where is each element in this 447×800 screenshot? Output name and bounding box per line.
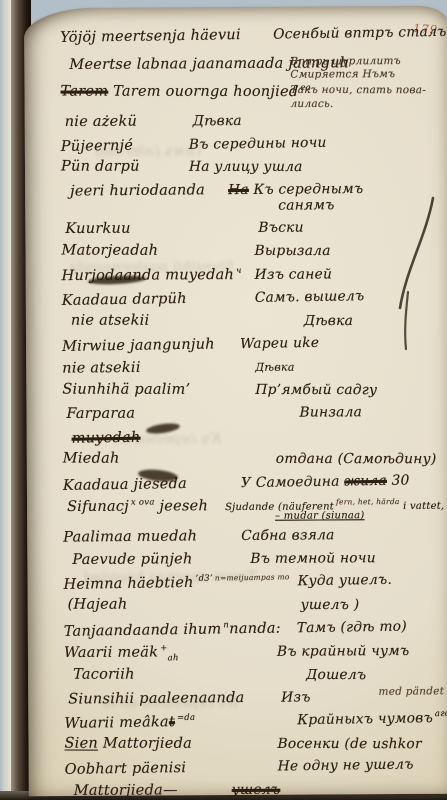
word-text: Mattorjieda— bbox=[74, 783, 178, 800]
entry-row: Tanjaandaanda ihumnnanda: Тамъ (гдѣ то) bbox=[64, 616, 447, 642]
word-text: Farparaa bbox=[66, 406, 135, 422]
swedish-annotation: med pändet bbox=[378, 684, 444, 699]
gloss-text: Куда ушелъ. bbox=[298, 572, 393, 589]
word-text: Heimna häebtieh bbox=[63, 575, 193, 593]
gloss-text: Пр’ямбый садгу bbox=[255, 382, 377, 398]
word-text: Tarem ouornga hoonjied bbox=[113, 84, 298, 100]
gloss-text: Изъ bbox=[281, 689, 311, 705]
entry-row: Matorjeadah Вырызала bbox=[61, 242, 445, 262]
entry-row: Sien Mattorjieda Восенки (de ushkor bbox=[64, 735, 447, 755]
samoyed-word: Wuarii meâkat=da bbox=[64, 711, 297, 734]
entry-row: Meertse labnaa jaanamaada jaanguh Вптрь … bbox=[60, 53, 444, 75]
entry-row: nie atsekii Дѣвка bbox=[62, 356, 446, 379]
russian-gloss: На Къ середнымъсанямъ bbox=[228, 180, 364, 216]
samoyed-word: Matorjeadah bbox=[61, 242, 254, 262]
gloss-text: Такъ ночи, спать пова- bbox=[291, 84, 427, 96]
word-text: Wuarii meâka bbox=[64, 714, 169, 732]
samoyed-word: Tanjaandaanda ihumnnanda: bbox=[64, 619, 297, 642]
word-text: Oobhart päenisi bbox=[65, 760, 187, 778]
struck-word: жила bbox=[344, 472, 387, 489]
entry-row: Tarem Tarem ouornga hoonjiedea Такъ ночи… bbox=[61, 83, 445, 103]
word-text: Kaadaua darpüh bbox=[62, 291, 187, 309]
word-text: Siunhihä paalim’ bbox=[62, 382, 190, 398]
correction-superscript: ч bbox=[236, 266, 242, 276]
samoyed-word: Sifunacjx ova jeeseh bbox=[67, 497, 225, 518]
samoyed-word: Miedah bbox=[63, 450, 276, 470]
russian-gloss: Куда ушелъ. bbox=[297, 571, 392, 591]
entry-row: Kaadaua darpüh Самъ. вышелъ bbox=[62, 286, 446, 312]
entry-row: Oobhart päenisi Не одну не ушелъ bbox=[65, 755, 447, 781]
russian-gloss: У Самоедина жила 30 bbox=[241, 471, 410, 492]
margin-note: Вптрь шурлилитъСмиряется Нъмъ bbox=[290, 54, 442, 82]
struck-word: ушелъ bbox=[232, 782, 281, 798]
russian-gloss: На улицу ушла bbox=[189, 158, 303, 177]
russian-gloss: Не одну не ушелъ bbox=[277, 756, 413, 777]
word-text: Matorjeadah bbox=[61, 243, 158, 259]
entry-row: Kaadaua jieseda У Самоедина жила 30 bbox=[63, 470, 447, 496]
word-text: nanda: bbox=[229, 620, 281, 637]
entry-row: nie atsekii Дѣвка bbox=[62, 311, 446, 331]
gloss-text: лилась. bbox=[290, 98, 442, 112]
margin-note: Такъ ночи, спать пова-лилась. bbox=[290, 84, 442, 112]
russian-gloss: Въски bbox=[258, 219, 304, 238]
russian-gloss: Вырызала bbox=[254, 242, 330, 261]
gloss-text: Винзала bbox=[299, 404, 362, 420]
entry-row: Kuurkuu Въски bbox=[61, 218, 445, 240]
samoyed-word: Tacoriih bbox=[73, 665, 306, 685]
word-text: Tacoriih bbox=[73, 666, 135, 682]
gloss-text: Дѣвка bbox=[255, 361, 295, 374]
entry-row: Miedah отдана (Самоѣдину) bbox=[63, 450, 447, 470]
samoyed-word: Siunsihii paaleenaanda bbox=[68, 689, 281, 711]
word-text: Pün darpü bbox=[61, 159, 140, 175]
word-text: Siunsihii paaleenaanda bbox=[68, 690, 244, 708]
russian-gloss: Wapeu uke bbox=[240, 334, 319, 354]
word-text: jeeseh bbox=[159, 498, 208, 514]
russian-gloss: Дѣвка bbox=[304, 312, 353, 331]
samoyed-word: Paevude pünjeh bbox=[72, 550, 250, 571]
entry-row: Waarii meäk+ah Въ крайный чумъ bbox=[64, 641, 447, 663]
russian-gloss: Пр’ямбый садгу bbox=[255, 381, 377, 400]
russian-gloss: Осенбый вптръ сталъ bbox=[273, 23, 447, 44]
samoyed-word: Oobhart päenisi bbox=[65, 758, 278, 781]
word-text: jeeri huriodaanda bbox=[70, 183, 205, 200]
samoyed-word: Siunhihä paalim’ bbox=[62, 381, 255, 401]
entry-row: muyedah bbox=[62, 424, 446, 450]
word-text: nie ażekü bbox=[65, 114, 138, 130]
samoyed-word: Farparaa bbox=[66, 404, 299, 425]
samoyed-word: Tarem Tarem ouornga hoonjiedea bbox=[61, 83, 320, 103]
gloss-text: санямъ bbox=[278, 196, 363, 215]
word-text: Sifunacj bbox=[67, 498, 129, 514]
samoyed-word: Heimna häebtieh’d3’n=meijuampas mo bbox=[63, 573, 297, 596]
gloss-text: Въ темной ночи bbox=[250, 550, 376, 567]
gloss-text: Дѣвка bbox=[193, 113, 242, 129]
word-text: (Hajeah bbox=[68, 597, 128, 613]
gloss-text: Вырызала bbox=[254, 243, 330, 259]
entry-row: Mirwiue jaangunjuh Wapeu uke bbox=[62, 332, 446, 358]
entry-row: Yöjöj meertsenja häevui Осенбый вптръ ст… bbox=[60, 23, 444, 49]
gloss-text: Крайныхъ чумовъ bbox=[297, 710, 433, 728]
samoyed-word: Sien Mattorjieda bbox=[64, 735, 277, 755]
gloss-text: отдана (Самоѣдину) bbox=[276, 451, 437, 467]
gloss-text: Въски bbox=[258, 220, 304, 236]
entry-row: (Hajeah ушелъ ) bbox=[64, 596, 447, 616]
word-text: Paevude pünjeh bbox=[72, 551, 192, 568]
entry-row: Mattorjieda— ушелъ bbox=[65, 780, 447, 800]
russian-gloss: ушелъ ) bbox=[301, 596, 360, 615]
gloss-text: Осенбый вптръ сталъ bbox=[273, 24, 447, 43]
entry-row: Püjeernjé Въ середины ночи bbox=[61, 132, 445, 158]
russian-gloss: Въ середины ночи bbox=[189, 134, 327, 155]
samoyed-word: Pün darpü bbox=[61, 158, 189, 178]
gloss-text: i vattet, bbox=[403, 500, 444, 511]
russian-gloss: Крайныхъ чумовъаго bbox=[297, 709, 447, 730]
gloss-text: ушелъ ) bbox=[301, 597, 360, 613]
underlined-word: Sien bbox=[64, 736, 98, 752]
gloss-text: На улицу ушла bbox=[189, 159, 303, 175]
russian-gloss: отдана (Самоѣдину) bbox=[276, 450, 437, 469]
russian-gloss: Восенки (de ushkor bbox=[277, 735, 421, 754]
gloss-text: Дошелъ bbox=[306, 667, 366, 683]
gloss-text: 30 bbox=[391, 472, 409, 488]
entry-row: Pün darpü На улицу ушла bbox=[61, 158, 445, 178]
russian-gloss: Изъmed pändet bbox=[281, 688, 311, 707]
gloss-text: Самъ. вышелъ bbox=[255, 288, 365, 306]
entry-row: Siunhihä paalim’ Пр’ямбый садгу bbox=[62, 381, 446, 401]
gloss-text: – mudar (siunaa) bbox=[275, 510, 447, 524]
gloss-text: Дѣвка bbox=[304, 313, 353, 329]
gloss-text: Wapeu uke bbox=[240, 335, 319, 352]
entry-row: Farparaa Винзала bbox=[62, 403, 446, 425]
word-text: Mattorjieda bbox=[103, 736, 192, 752]
samoyed-word: jeeri huriodaanda bbox=[70, 182, 228, 203]
word-text: Paalimaa muedah bbox=[63, 528, 197, 545]
samoyed-word: Kuurkuu bbox=[65, 219, 258, 240]
gloss-text: Изъ саней bbox=[255, 266, 333, 282]
entry-row: Heimna häebtieh’d3’n=meijuampas mo Куда … bbox=[63, 570, 447, 596]
correction-superscript: ’d3’ bbox=[196, 574, 213, 584]
gloss-text: Тамъ (гдѣ то) bbox=[297, 618, 407, 636]
entry-row: jeeri huriodaanda На Къ середнымъсанямъ bbox=[61, 180, 445, 218]
gloss-text: Въ крайный чумъ bbox=[277, 643, 410, 660]
struck-word: t bbox=[169, 714, 175, 730]
gloss-text: Смиряется Нъмъ bbox=[290, 68, 442, 83]
entry-row: nie ażekü Дѣвка bbox=[61, 111, 445, 133]
subscript-text: ah bbox=[168, 653, 179, 663]
swedish-annotation: Sjudande (näuferentfern, het, härda i va… bbox=[225, 500, 447, 523]
russian-gloss: Винзала bbox=[299, 403, 362, 422]
samoyed-word: Kaadaua darpüh bbox=[62, 289, 255, 312]
russian-gloss: ушелъ bbox=[232, 781, 281, 800]
word-text: Yöjöj meertsenja häevui bbox=[60, 27, 241, 46]
russian-gloss: Дошелъ bbox=[306, 666, 366, 685]
russian-gloss: Въ темной ночи bbox=[250, 549, 376, 569]
samoyed-word: Mirwiue jaangunjuh bbox=[62, 335, 240, 358]
entry-row: Sifunacjx ova jeeseh Sjudande (näuferent… bbox=[63, 495, 447, 524]
word-text: Tanjaandaanda ihum bbox=[64, 621, 222, 639]
word-text: nie atsekii bbox=[62, 360, 141, 377]
correction-superscript: n=meijuampas mo bbox=[215, 573, 290, 583]
samoyed-word: Yöjöj meertsenja häevui bbox=[60, 26, 273, 49]
gloss-text: Восенки (de ushkor bbox=[277, 736, 421, 752]
word-text: Mirwiue jaangunjuh bbox=[62, 336, 215, 354]
russian-gloss: Дѣвка bbox=[193, 112, 242, 131]
correction-superscript: =da bbox=[177, 713, 196, 723]
entry-row: Siunsihii paaleenaanda Изъmed pändet bbox=[64, 687, 447, 710]
samoyed-word: Waarii meäk+ah bbox=[64, 642, 277, 663]
entry-row: Wuarii meâkat=da Крайныхъ чумовъаго bbox=[64, 709, 447, 735]
samoyed-word: Püjeernjé bbox=[61, 136, 189, 158]
struck-word: muyedah bbox=[72, 430, 141, 447]
word-text: Miedah bbox=[63, 451, 120, 467]
gloss-text: Въ середины ночи bbox=[189, 135, 327, 153]
russian-gloss: Сабна взяла bbox=[241, 526, 335, 546]
russian-gloss: Тамъ (гдѣ то) bbox=[297, 617, 407, 637]
gloss-text: Сабна взяла bbox=[241, 527, 334, 544]
correction-superscript: + bbox=[160, 643, 167, 653]
word-text: Waarii meäk bbox=[64, 644, 158, 661]
entry-row: Paevude pünjeh Въ темной ночи bbox=[63, 549, 447, 571]
correction-superscript: аго bbox=[435, 709, 447, 719]
word-text: Kuurkuu bbox=[65, 221, 130, 237]
word-text: nie atsekii bbox=[71, 312, 150, 328]
entry-row: Tacoriih Дошелъ bbox=[64, 665, 447, 685]
samoyed-word: Paalimaa muedah bbox=[63, 527, 241, 548]
russian-gloss: Самъ. вышелъ bbox=[255, 287, 365, 307]
manuscript-page: Тамъ (гдѣ то) Siunsihii paaleenaanda Къ … bbox=[24, 6, 447, 797]
samoyed-word: nie atsekii bbox=[71, 311, 304, 331]
samoyed-word: Mattorjieda— bbox=[74, 781, 232, 800]
struck-word: На bbox=[228, 182, 249, 198]
word-text: Püjeernjé bbox=[61, 138, 134, 155]
samoyed-word: nie ażekü bbox=[65, 112, 193, 133]
gloss-text: Не одну не ушелъ bbox=[278, 757, 414, 775]
correction-superscript: fern, het, härda bbox=[336, 497, 400, 506]
russian-gloss: Дѣвка bbox=[255, 361, 295, 376]
entry-row: Paalimaa muedah Сабна взяла bbox=[63, 525, 447, 548]
russian-gloss: Изъ саней bbox=[255, 265, 333, 284]
samoyed-word: (Hajeah bbox=[68, 596, 301, 616]
samoyed-word: nie atsekii bbox=[62, 358, 255, 379]
gloss-text: Вптрь шурлилитъ bbox=[290, 55, 401, 68]
russian-gloss: Въ крайный чумъ bbox=[277, 642, 410, 662]
gloss-text: У Самоедина bbox=[241, 473, 340, 491]
struck-word: Tarem bbox=[61, 84, 109, 100]
manuscript-text: Yöjöj meertsenja häevui Осенбый вптръ ст… bbox=[60, 25, 447, 794]
correction-superscript: x ova bbox=[131, 497, 155, 507]
